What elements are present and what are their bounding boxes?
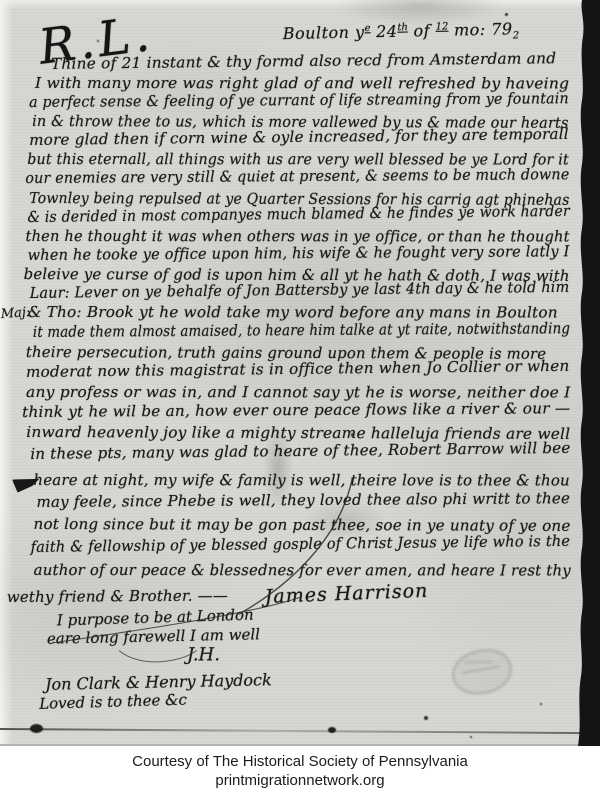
letter-line: our enemies are very still & quiet at pr… [25, 166, 597, 187]
letter-line: Thine of 21 instant & thy formd also rec… [51, 50, 544, 73]
letter-line: wethy friend & Brother. —— [7, 587, 228, 606]
signature: James Harrison [264, 580, 428, 608]
letter-line: may feele, since Phebe is well, they lov… [36, 490, 568, 511]
letter-line: it made them almost amaised, to heare hi… [33, 320, 600, 341]
paper-speck [97, 40, 99, 42]
postscript-line: Loved is to thee &c [39, 690, 187, 712]
letter-line: more glad then if corn wine & oyle incre… [29, 126, 564, 149]
paper-speck [424, 716, 428, 720]
postscript-initials: J.H. [187, 644, 220, 665]
dateline-sup-month: 12 [435, 21, 448, 32]
crease-ink-spot [328, 727, 336, 733]
scanned-letter-screenshot: R.L. Boulton ye 24th of 12 mo: 792 Thine… [0, 0, 600, 796]
letter-line: author of our peace & blessednes for eve… [34, 562, 575, 579]
letter-page-scan: R.L. Boulton ye 24th of 12 mo: 792 Thine… [0, 0, 600, 746]
dateline: Boulton ye 24th of 12 mo: 792 [283, 19, 520, 46]
paper-speck [540, 703, 542, 705]
paper-speck [470, 736, 472, 738]
caption-strip: Courtesy of The Historical Society of Pe… [0, 746, 600, 796]
paper-torn-edge [576, 0, 600, 746]
margin-note: Maj: [0, 305, 31, 322]
letter-line: in these pts, many was glad to heare of … [30, 440, 567, 463]
dateline-sub-2: 2 [513, 30, 520, 41]
crease-ink-spot [30, 724, 43, 733]
dateline-day: 24 [370, 22, 397, 42]
handwriting-layer: R.L. Boulton ye 24th of 12 mo: 792 Thine… [0, 0, 600, 747]
stamp-detail [462, 666, 500, 674]
letter-line: any profess or was in, and I cannot say … [26, 384, 554, 401]
dateline-sup-th: th [397, 22, 408, 33]
stamp-detail [464, 661, 492, 663]
caption-url: printmigrationnetwork.org [0, 771, 600, 790]
letter-body: Thine of 21 instant & thy formd also rec… [0, 0, 599, 1]
letter-line: when he tooke ye office upon him, his wi… [28, 243, 587, 264]
letter-line: moderat now this magistrat is in office … [26, 358, 562, 381]
letter-line: Laur: Lever on ye behalfe of Jon Batters… [30, 279, 593, 302]
dateline-place: Boulton y [283, 22, 365, 43]
letter-line: a perfect sense & feeling of ye currant … [29, 90, 599, 111]
postscript-line: eare long farewell I am well [47, 625, 260, 647]
letter-line: think yt he wil be an, how ever oure pea… [22, 400, 560, 421]
letter-line: faith & fellowship of ye blessed gosple … [31, 533, 589, 556]
dateline-year: mo: 79 [448, 19, 513, 39]
paper-speck [351, 433, 354, 437]
letter-line: & Tho: Brook yt he wold take my word bef… [28, 304, 549, 321]
paper-speck [505, 13, 508, 16]
caption-credit: Courtesy of The Historical Society of Pe… [0, 746, 600, 771]
letter-line: heare at night, my wife & family is well… [33, 472, 571, 489]
dateline-of: of [408, 21, 436, 41]
